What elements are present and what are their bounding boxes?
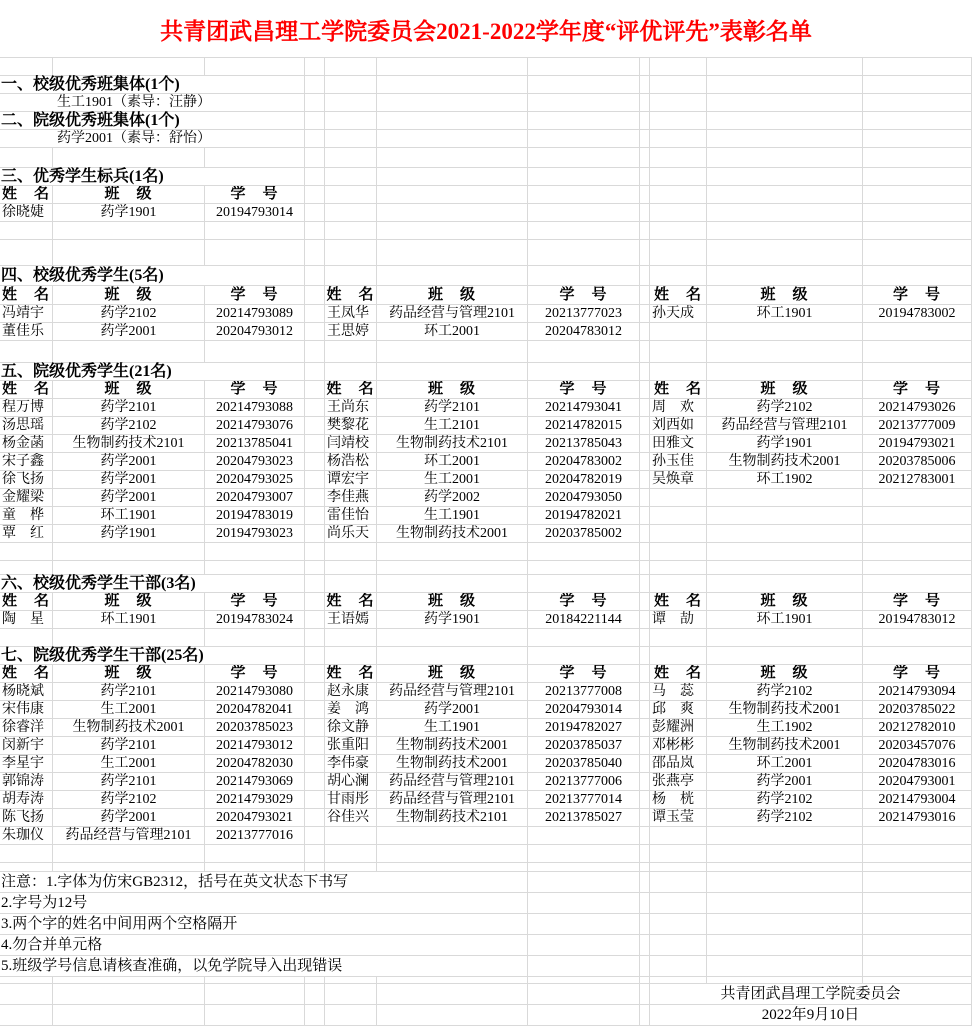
student-name-cell[interactable]: 程万博 [0, 399, 53, 416]
empty-cell[interactable] [53, 240, 205, 265]
spacer-cell[interactable] [640, 286, 650, 304]
section-heading[interactable]: 四、校级优秀学生(5名) [0, 266, 305, 285]
empty-cell[interactable] [707, 827, 863, 844]
student-name-cell[interactable]: 汤思瑶 [0, 417, 53, 434]
spacer-cell[interactable] [640, 827, 650, 844]
student-class-cell[interactable]: 药学2101 [53, 683, 205, 700]
empty-cell[interactable] [528, 893, 640, 913]
empty-cell[interactable] [707, 525, 863, 542]
student-class-cell[interactable]: 生物制药技术2101 [53, 435, 205, 452]
empty-cell[interactable] [640, 58, 650, 75]
col-header-name[interactable]: 姓 名 [650, 665, 707, 682]
empty-cell[interactable] [528, 204, 640, 221]
empty-cell[interactable] [707, 148, 863, 167]
student-class-cell[interactable]: 药学2001 [707, 773, 863, 790]
empty-cell[interactable] [528, 561, 640, 574]
col-header-id[interactable]: 学 号 [863, 381, 972, 398]
empty-cell[interactable] [640, 863, 650, 871]
student-class-cell[interactable]: 环工1902 [707, 471, 863, 488]
student-name-cell[interactable]: 李伟豪 [325, 755, 377, 772]
student-name-cell[interactable]: 覃 红 [0, 525, 53, 542]
student-class-cell[interactable]: 环工2001 [377, 323, 528, 340]
empty-cell[interactable] [707, 323, 863, 340]
empty-cell[interactable] [325, 575, 377, 592]
student-id-cell[interactable]: 20203785023 [205, 719, 305, 736]
student-id-cell[interactable]: 20194783012 [863, 611, 972, 628]
empty-cell[interactable] [650, 240, 707, 265]
empty-cell[interactable] [863, 341, 972, 362]
spacer-cell[interactable] [305, 305, 325, 322]
student-id-cell[interactable]: 20204783016 [863, 755, 972, 772]
empty-cell[interactable] [377, 363, 528, 380]
empty-cell[interactable] [53, 845, 205, 862]
spacer-cell[interactable] [305, 611, 325, 628]
empty-cell[interactable] [325, 168, 377, 185]
col-header-id[interactable]: 学 号 [863, 665, 972, 682]
empty-cell[interactable] [325, 845, 377, 862]
empty-cell[interactable] [528, 914, 640, 934]
empty-cell[interactable] [377, 222, 528, 239]
empty-cell[interactable] [640, 543, 650, 560]
empty-cell[interactable] [640, 240, 650, 265]
spacer-cell[interactable] [640, 791, 650, 808]
empty-cell[interactable] [650, 863, 707, 871]
empty-cell[interactable] [528, 76, 640, 93]
empty-cell[interactable] [650, 489, 707, 506]
empty-cell[interactable] [305, 341, 325, 362]
empty-cell[interactable] [650, 76, 707, 93]
empty-cell[interactable] [863, 323, 972, 340]
empty-cell[interactable] [305, 76, 325, 93]
student-class-cell[interactable]: 药学2101 [377, 399, 528, 416]
empty-cell[interactable] [650, 977, 707, 983]
empty-cell[interactable] [53, 561, 205, 574]
note-line[interactable]: 4.勿合并单元格 [0, 935, 528, 955]
student-class-cell[interactable]: 生物制药技术2001 [377, 525, 528, 542]
spacer-cell[interactable] [640, 507, 650, 524]
student-id-cell[interactable]: 20214793089 [205, 305, 305, 322]
empty-cell[interactable] [305, 845, 325, 862]
student-class-cell[interactable]: 药学2101 [53, 399, 205, 416]
col-header-name[interactable]: 姓 名 [0, 381, 53, 398]
empty-cell[interactable] [707, 863, 863, 871]
spacer-cell[interactable] [640, 773, 650, 790]
student-id-cell[interactable]: 20203785037 [528, 737, 640, 754]
empty-cell[interactable] [528, 956, 640, 976]
spacer-cell[interactable] [305, 593, 325, 610]
spacer-cell[interactable] [640, 525, 650, 542]
spacer-cell[interactable] [305, 755, 325, 772]
spacer-cell[interactable] [305, 525, 325, 542]
empty-cell[interactable] [305, 1005, 325, 1025]
empty-cell[interactable] [707, 647, 863, 664]
empty-cell[interactable] [640, 935, 650, 955]
student-id-cell[interactable]: 20213785027 [528, 809, 640, 826]
empty-cell[interactable] [528, 266, 640, 285]
empty-cell[interactable] [650, 186, 707, 203]
student-class-cell[interactable]: 药学2001 [53, 323, 205, 340]
empty-cell[interactable] [0, 863, 53, 871]
empty-cell[interactable] [305, 112, 325, 129]
empty-cell[interactable] [325, 266, 377, 285]
student-name-cell[interactable]: 邓彬彬 [650, 737, 707, 754]
empty-cell[interactable] [53, 977, 205, 983]
spacer-cell[interactable] [305, 453, 325, 470]
student-class-cell[interactable]: 生物制药技术2001 [707, 453, 863, 470]
empty-cell[interactable] [528, 872, 640, 892]
section-heading[interactable]: 一、校级优秀班集体(1个) [0, 76, 305, 93]
student-id-cell[interactable]: 20203457076 [863, 737, 972, 754]
student-id-cell[interactable]: 20194783024 [205, 611, 305, 628]
empty-cell[interactable] [707, 240, 863, 265]
empty-cell[interactable] [528, 130, 640, 147]
spacer-cell[interactable] [305, 701, 325, 718]
empty-cell[interactable] [650, 561, 707, 574]
empty-cell[interactable] [325, 863, 377, 871]
empty-cell[interactable] [528, 112, 640, 129]
class-entry[interactable]: 生工1901（素导：汪静） [0, 94, 305, 111]
col-header-id[interactable]: 学 号 [205, 665, 305, 682]
spacer-cell[interactable] [305, 809, 325, 826]
spacer-cell[interactable] [305, 399, 325, 416]
student-name-cell[interactable]: 徐文静 [325, 719, 377, 736]
empty-cell[interactable] [305, 130, 325, 147]
student-name-cell[interactable]: 刘西如 [650, 417, 707, 434]
col-header-name[interactable]: 姓 名 [0, 286, 53, 304]
empty-cell[interactable] [325, 240, 377, 265]
empty-cell[interactable] [377, 112, 528, 129]
student-class-cell[interactable]: 药学2102 [707, 809, 863, 826]
student-id-cell[interactable]: 20194782027 [528, 719, 640, 736]
empty-cell[interactable] [305, 240, 325, 265]
student-class-cell[interactable]: 药学1901 [53, 204, 205, 221]
empty-cell[interactable] [650, 341, 707, 362]
empty-cell[interactable] [650, 323, 707, 340]
empty-cell[interactable] [707, 186, 863, 203]
empty-cell[interactable] [863, 845, 972, 862]
empty-cell[interactable] [205, 984, 305, 1004]
col-header-id[interactable]: 学 号 [528, 665, 640, 682]
empty-cell[interactable] [863, 507, 972, 524]
student-class-cell[interactable]: 药学2102 [53, 417, 205, 434]
empty-cell[interactable] [863, 977, 972, 983]
student-name-cell[interactable]: 樊黎花 [325, 417, 377, 434]
empty-cell[interactable] [53, 58, 205, 75]
spacer-cell[interactable] [640, 323, 650, 340]
empty-cell[interactable] [325, 58, 377, 75]
student-id-cell[interactable]: 20204793023 [205, 453, 305, 470]
empty-cell[interactable] [377, 863, 528, 871]
col-header-name[interactable]: 姓 名 [650, 381, 707, 398]
empty-cell[interactable] [528, 1005, 640, 1025]
student-name-cell[interactable]: 彭耀洲 [650, 719, 707, 736]
section-heading[interactable]: 七、院级优秀学生干部(25名) [0, 647, 305, 664]
spacer-cell[interactable] [640, 471, 650, 488]
col-header-class[interactable]: 班 级 [377, 286, 528, 304]
student-name-cell[interactable]: 张重阳 [325, 737, 377, 754]
student-id-cell[interactable]: 20203785006 [863, 453, 972, 470]
empty-cell[interactable] [707, 489, 863, 506]
empty-cell[interactable] [325, 827, 377, 844]
col-header-class[interactable]: 班 级 [53, 665, 205, 682]
student-name-cell[interactable]: 周 欢 [650, 399, 707, 416]
empty-cell[interactable] [305, 58, 325, 75]
spacer-cell[interactable] [305, 719, 325, 736]
empty-cell[interactable] [377, 76, 528, 93]
spacer-cell[interactable] [305, 665, 325, 682]
empty-cell[interactable] [305, 222, 325, 239]
col-header-class[interactable]: 班 级 [377, 593, 528, 610]
student-name-cell[interactable]: 张燕亭 [650, 773, 707, 790]
student-class-cell[interactable]: 生物制药技术2101 [377, 435, 528, 452]
empty-cell[interactable] [325, 130, 377, 147]
student-class-cell[interactable]: 生工2001 [53, 701, 205, 718]
empty-cell[interactable] [0, 341, 53, 362]
section-heading[interactable]: 二、院级优秀班集体(1个) [0, 112, 305, 129]
empty-cell[interactable] [650, 266, 707, 285]
student-name-cell[interactable]: 谭玉莹 [650, 809, 707, 826]
student-class-cell[interactable]: 药学1901 [53, 525, 205, 542]
empty-cell[interactable] [863, 827, 972, 844]
student-id-cell[interactable]: 20203785040 [528, 755, 640, 772]
empty-cell[interactable] [640, 629, 650, 646]
student-id-cell[interactable]: 20194793021 [863, 435, 972, 452]
empty-cell[interactable] [305, 363, 325, 380]
empty-cell[interactable] [640, 1005, 650, 1025]
student-class-cell[interactable]: 药学2001 [377, 701, 528, 718]
student-class-cell[interactable]: 生工1902 [707, 719, 863, 736]
empty-cell[interactable] [205, 148, 305, 167]
empty-cell[interactable] [650, 956, 707, 976]
col-header-name[interactable]: 姓 名 [0, 593, 53, 610]
spacer-cell[interactable] [640, 755, 650, 772]
empty-cell[interactable] [640, 112, 650, 129]
empty-cell[interactable] [305, 543, 325, 560]
empty-cell[interactable] [528, 58, 640, 75]
empty-cell[interactable] [53, 984, 205, 1004]
empty-cell[interactable] [325, 1005, 377, 1025]
col-header-name[interactable]: 姓 名 [325, 593, 377, 610]
student-id-cell[interactable]: 20214793088 [205, 399, 305, 416]
empty-cell[interactable] [305, 168, 325, 185]
student-name-cell[interactable]: 雷佳怡 [325, 507, 377, 524]
empty-cell[interactable] [205, 240, 305, 265]
student-name-cell[interactable]: 闫靖校 [325, 435, 377, 452]
student-class-cell[interactable]: 药学2102 [707, 399, 863, 416]
empty-cell[interactable] [377, 204, 528, 221]
student-name-cell[interactable]: 宋子鑫 [0, 453, 53, 470]
student-class-cell[interactable]: 生工1901 [377, 719, 528, 736]
col-header-name[interactable]: 姓 名 [650, 286, 707, 304]
student-class-cell[interactable]: 药品经营与管理2101 [53, 827, 205, 844]
student-id-cell[interactable]: 20204782041 [205, 701, 305, 718]
empty-cell[interactable] [205, 58, 305, 75]
empty-cell[interactable] [305, 984, 325, 1004]
col-header-id[interactable]: 学 号 [205, 593, 305, 610]
spacer-cell[interactable] [640, 593, 650, 610]
student-class-cell[interactable]: 生物制药技术2001 [53, 719, 205, 736]
empty-cell[interactable] [205, 543, 305, 560]
empty-cell[interactable] [325, 76, 377, 93]
empty-cell[interactable] [377, 561, 528, 574]
student-name-cell[interactable]: 邱 爽 [650, 701, 707, 718]
empty-cell[interactable] [325, 561, 377, 574]
student-class-cell[interactable]: 药学2101 [53, 773, 205, 790]
empty-cell[interactable] [528, 827, 640, 844]
empty-cell[interactable] [650, 58, 707, 75]
empty-cell[interactable] [0, 148, 53, 167]
empty-cell[interactable] [377, 240, 528, 265]
empty-cell[interactable] [528, 94, 640, 111]
empty-cell[interactable] [650, 935, 707, 955]
empty-cell[interactable] [650, 827, 707, 844]
empty-cell[interactable] [528, 222, 640, 239]
empty-cell[interactable] [650, 575, 707, 592]
spacer-cell[interactable] [305, 683, 325, 700]
spacer-cell[interactable] [305, 737, 325, 754]
empty-cell[interactable] [707, 629, 863, 646]
empty-cell[interactable] [640, 168, 650, 185]
student-name-cell[interactable]: 马 蕊 [650, 683, 707, 700]
student-name-cell[interactable]: 朱珈仪 [0, 827, 53, 844]
signature-org[interactable]: 共青团武昌理工学院委员会 [650, 984, 972, 1004]
spacer-cell[interactable] [640, 305, 650, 322]
empty-cell[interactable] [640, 341, 650, 362]
page-title[interactable]: 共青团武昌理工学院委员会2021-2022学年度“评优评先”表彰名单 [0, 6, 972, 57]
empty-cell[interactable] [707, 363, 863, 380]
signature-date[interactable]: 2022年9月10日 [650, 1005, 972, 1025]
student-name-cell[interactable]: 杨晓斌 [0, 683, 53, 700]
student-name-cell[interactable]: 田雅文 [650, 435, 707, 452]
empty-cell[interactable] [863, 130, 972, 147]
student-name-cell[interactable]: 王语嫣 [325, 611, 377, 628]
student-name-cell[interactable]: 李星宇 [0, 755, 53, 772]
student-name-cell[interactable]: 赵永康 [325, 683, 377, 700]
empty-cell[interactable] [377, 266, 528, 285]
empty-cell[interactable] [528, 629, 640, 646]
empty-cell[interactable] [650, 363, 707, 380]
student-id-cell[interactable]: 20214793069 [205, 773, 305, 790]
student-name-cell[interactable]: 童 桦 [0, 507, 53, 524]
empty-cell[interactable] [640, 977, 650, 983]
student-class-cell[interactable]: 生物制药技术2101 [377, 809, 528, 826]
empty-cell[interactable] [650, 647, 707, 664]
empty-cell[interactable] [528, 341, 640, 362]
col-header-class[interactable]: 班 级 [377, 381, 528, 398]
note-line[interactable]: 3.两个字的姓名中间用两个空格隔开 [0, 914, 528, 934]
empty-cell[interactable] [377, 984, 528, 1004]
spacer-cell[interactable] [640, 737, 650, 754]
student-name-cell[interactable]: 杨金菡 [0, 435, 53, 452]
section-heading[interactable]: 五、院级优秀学生(21名) [0, 363, 305, 380]
empty-cell[interactable] [205, 863, 305, 871]
empty-cell[interactable] [205, 1005, 305, 1025]
empty-cell[interactable] [863, 629, 972, 646]
student-name-cell[interactable]: 甘雨彤 [325, 791, 377, 808]
student-id-cell[interactable]: 20203785022 [863, 701, 972, 718]
col-header-id[interactable]: 学 号 [528, 381, 640, 398]
spacer-cell[interactable] [640, 453, 650, 470]
col-header-name[interactable]: 姓 名 [325, 286, 377, 304]
empty-cell[interactable] [377, 977, 528, 983]
student-class-cell[interactable]: 药学1901 [377, 611, 528, 628]
spacer-cell[interactable] [305, 791, 325, 808]
empty-cell[interactable] [640, 561, 650, 574]
student-id-cell[interactable]: 20213785041 [205, 435, 305, 452]
empty-cell[interactable] [707, 58, 863, 75]
student-class-cell[interactable]: 药品经营与管理2101 [377, 683, 528, 700]
student-id-cell[interactable]: 20194783019 [205, 507, 305, 524]
spacer-cell[interactable] [305, 417, 325, 434]
student-name-cell[interactable]: 金耀梁 [0, 489, 53, 506]
student-id-cell[interactable]: 20213777009 [863, 417, 972, 434]
spacer-cell[interactable] [640, 381, 650, 398]
col-header-id[interactable]: 学 号 [528, 286, 640, 304]
spacer-cell[interactable] [640, 417, 650, 434]
spacer-cell[interactable] [640, 611, 650, 628]
spacer-cell[interactable] [305, 827, 325, 844]
spacer-cell[interactable] [640, 399, 650, 416]
student-id-cell[interactable]: 20204793012 [205, 323, 305, 340]
empty-cell[interactable] [325, 341, 377, 362]
empty-cell[interactable] [863, 148, 972, 167]
empty-cell[interactable] [863, 914, 972, 934]
empty-cell[interactable] [205, 629, 305, 646]
empty-cell[interactable] [377, 629, 528, 646]
col-header-class[interactable]: 班 级 [377, 665, 528, 682]
student-class-cell[interactable]: 环工2001 [707, 755, 863, 772]
col-header-class[interactable]: 班 级 [53, 593, 205, 610]
note-line[interactable]: 5.班级学号信息请核查准确，以免学院导入出现错误 [0, 956, 528, 976]
student-id-cell[interactable]: 20214793094 [863, 683, 972, 700]
spacer-cell[interactable] [305, 471, 325, 488]
empty-cell[interactable] [640, 872, 650, 892]
empty-cell[interactable] [863, 363, 972, 380]
empty-cell[interactable] [707, 112, 863, 129]
student-id-cell[interactable]: 20214793029 [205, 791, 305, 808]
empty-cell[interactable] [707, 893, 863, 913]
empty-cell[interactable] [707, 561, 863, 574]
empty-cell[interactable] [528, 168, 640, 185]
empty-cell[interactable] [863, 561, 972, 574]
student-name-cell[interactable]: 宋伟康 [0, 701, 53, 718]
empty-cell[interactable] [863, 240, 972, 265]
spacer-cell[interactable] [640, 683, 650, 700]
empty-cell[interactable] [528, 647, 640, 664]
empty-cell[interactable] [528, 863, 640, 871]
spacer-cell[interactable] [305, 286, 325, 304]
student-class-cell[interactable]: 药学2001 [53, 453, 205, 470]
empty-cell[interactable] [863, 168, 972, 185]
empty-cell[interactable] [205, 341, 305, 362]
empty-cell[interactable] [650, 94, 707, 111]
student-class-cell[interactable]: 生物制药技术2001 [377, 737, 528, 754]
student-class-cell[interactable]: 生物制药技术2001 [707, 701, 863, 718]
empty-cell[interactable] [863, 893, 972, 913]
student-class-cell[interactable]: 药品经营与管理2101 [377, 305, 528, 322]
student-class-cell[interactable]: 生工2101 [377, 417, 528, 434]
student-id-cell[interactable]: 20213777014 [528, 791, 640, 808]
student-id-cell[interactable]: 20204793001 [863, 773, 972, 790]
col-header-id[interactable]: 学 号 [863, 593, 972, 610]
student-name-cell[interactable]: 王思婷 [325, 323, 377, 340]
empty-cell[interactable] [863, 956, 972, 976]
empty-cell[interactable] [325, 148, 377, 167]
col-header-name[interactable]: 姓 名 [325, 665, 377, 682]
empty-cell[interactable] [863, 872, 972, 892]
empty-cell[interactable] [325, 977, 377, 983]
empty-cell[interactable] [377, 341, 528, 362]
